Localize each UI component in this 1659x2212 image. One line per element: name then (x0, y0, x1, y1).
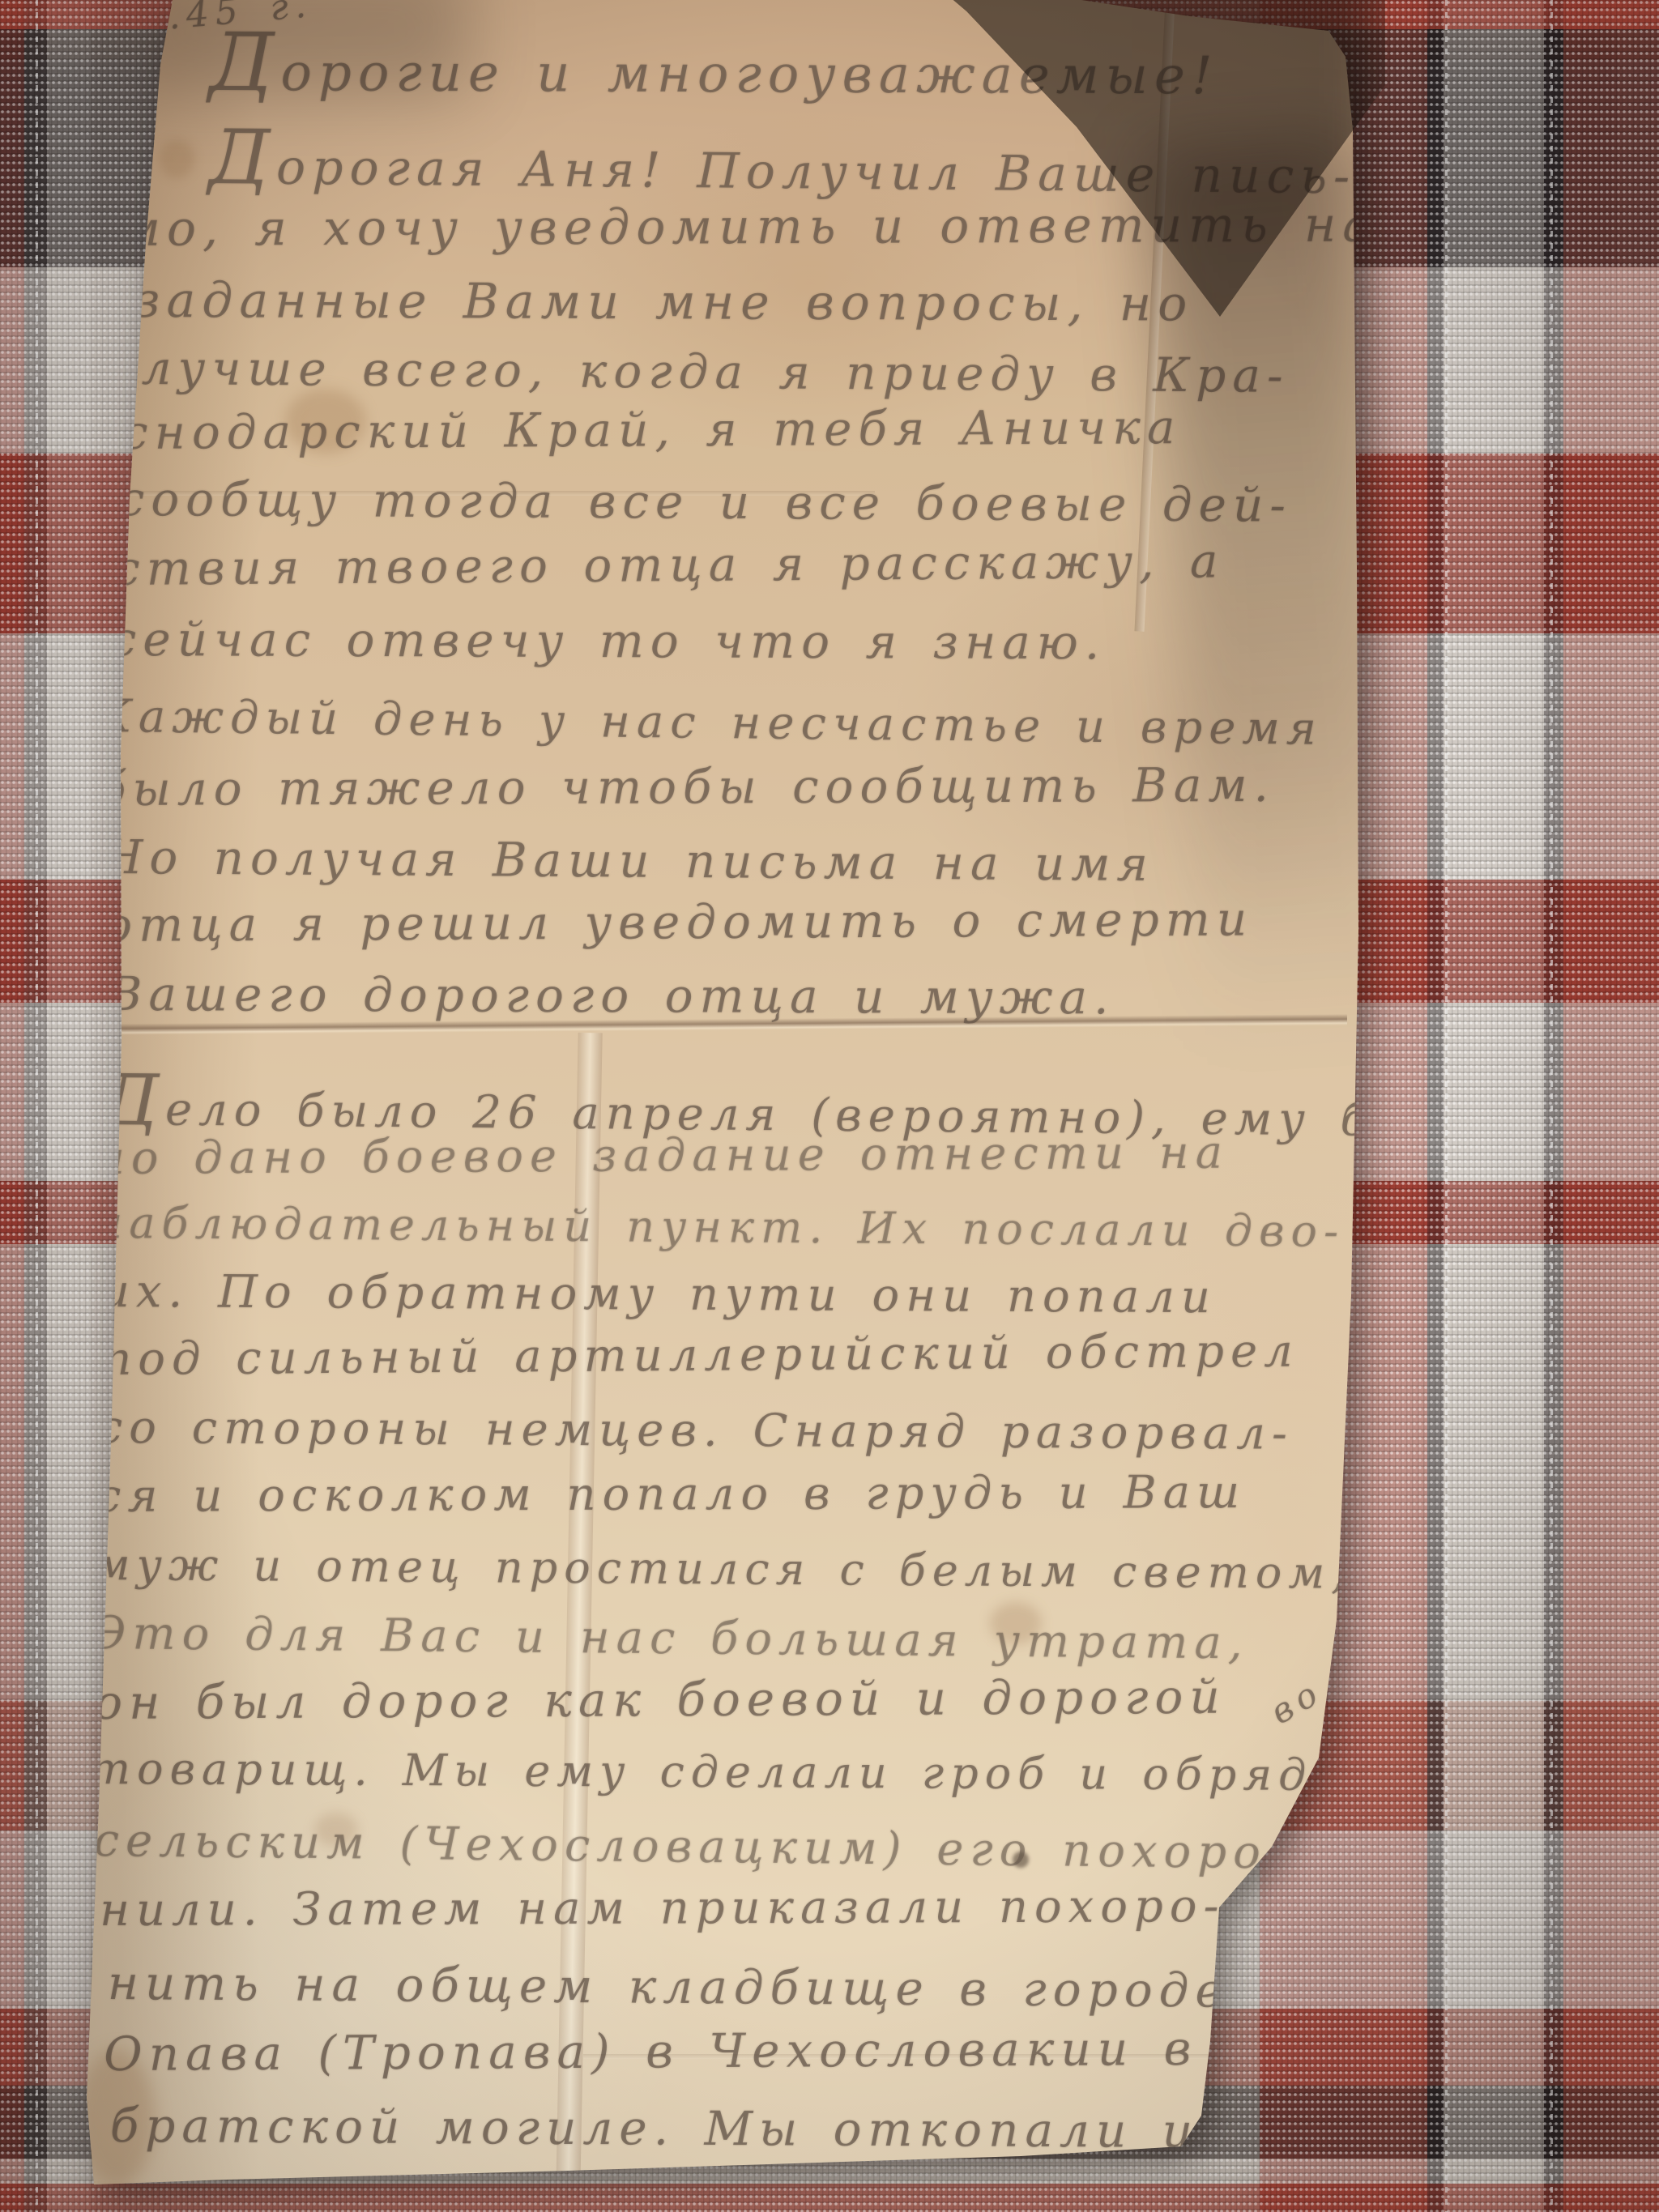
letter-line: братской могиле. Мы откопали и (110, 2098, 1200, 2159)
letter-line: он был дорог как боевой и дорогой (94, 1669, 1226, 1730)
letter-line: снодарский Край, я тебя Аничка (122, 399, 1182, 460)
letter-line: Дорогая Аня! Получил Ваше пись- (208, 113, 1357, 211)
letter-line: заданные Вами мне вопросы, но (134, 272, 1194, 333)
letter-paper: 8.7.45 г. Дорогие и многоуважаемые! Доро… (0, 0, 1659, 2212)
letter-line: Но получая Ваши письма на имя (102, 829, 1155, 892)
letter-line: Опава (Тропава) в Чехословакии в (104, 2021, 1197, 2082)
letter-line: ствия твоего отца я расскажу, а (113, 533, 1225, 596)
letter-line: было тяжело чтобы сообщить Вам. (97, 757, 1275, 816)
paper-sheet: 8.7.45 г. Дорогие и многоуважаемые! Доро… (0, 0, 1659, 2212)
letter-line: ся и осколком попало в грудь и Ваш (96, 1466, 1246, 1523)
letter-line: сообщу тогда все и все боевые дей- (118, 471, 1292, 533)
letter-line: наблюдательный пункт. Их послали дво- (94, 1197, 1346, 1257)
letter-line: лучше всего, когда я приеду в Кра- (142, 340, 1290, 403)
letter-line: нить на общем кладбище в городе (108, 1955, 1230, 2018)
letter-line: нили. Затем нам приказали похоро- (100, 1880, 1226, 1937)
letter-line: мо, я хочу уведомить и ответить на (120, 197, 1378, 258)
letter-line: Каждый день у нас несчастье и время (96, 690, 1323, 756)
paper-stain (159, 139, 194, 178)
letter-line: ло дано боевое задание отнести на (96, 1127, 1229, 1185)
photo-of-handwritten-letter: 8.7.45 г. Дорогие и многоуважаемые! Доро… (0, 0, 1659, 2212)
letter-line: товарищ. Мы ему сделали гроб и обрядом (89, 1743, 1388, 1801)
letter-line: сельским (Чехословацким) его похоро- (93, 1814, 1289, 1879)
letter-salutation: Дорогие и многоуважаемые! (209, 16, 1219, 113)
letter-line: Это для Вас и нас большая утрата, (91, 1607, 1248, 1669)
pencil-dash (1209, 2059, 1254, 2068)
letter-margin-note: во (1264, 1671, 1329, 1732)
letter-line: отца я решил уведомить о смерти (104, 892, 1253, 953)
letter-line: сейчас отвечу то что я знаю. (110, 612, 1107, 670)
letter-line: муж и отец простился с белым светом, (94, 1539, 1352, 1599)
letter-line: их. По обратному пути они попали (100, 1265, 1217, 1323)
letter-line: Вашего дорогого отца и мужа. (108, 966, 1115, 1025)
letter-line: под сильный артиллерийский обстрел (102, 1325, 1299, 1386)
letter-line: со стороны немцев. Снаряд разорвал- (97, 1401, 1294, 1460)
